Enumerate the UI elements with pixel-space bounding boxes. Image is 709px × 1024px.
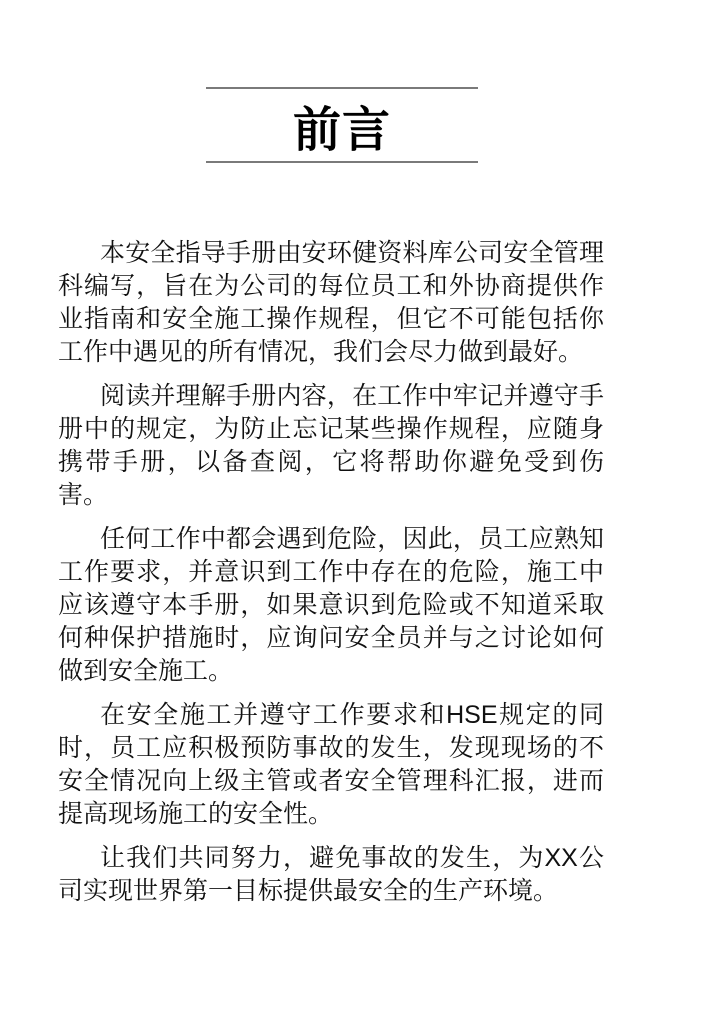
preface-paragraph: 在安全施工并遵守工作要求和HSE规定的同时，员工应积极预防事故的发生，发现现场的… — [58, 699, 604, 831]
preface-paragraph: 让我们共同努力，避免事故的发生，为XX公司实现世界第一目标提供最安全的生产环境。 — [58, 842, 604, 908]
preface-paragraph: 本安全指导手册由安环健资料库公司安全管理科编写，旨在为公司的每位员工和外协商提供… — [58, 237, 604, 369]
title-rule-bottom — [206, 161, 478, 163]
title-block: 前言 — [206, 87, 478, 163]
document-page: 前言 本安全指导手册由安环健资料库公司安全管理科编写，旨在为公司的每位员工和外协… — [0, 0, 709, 1024]
preface-paragraph: 阅读并理解手册内容，在工作中牢记并遵守手册中的规定，为防止忘记某些操作规程，应随… — [58, 380, 604, 512]
page-title: 前言 — [206, 89, 478, 161]
preface-paragraph: 任何工作中都会遇到危险，因此，员工应熟知工作要求，并意识到工作中存在的危险，施工… — [58, 523, 604, 688]
preface-body: 本安全指导手册由安环健资料库公司安全管理科编写，旨在为公司的每位员工和外协商提供… — [58, 237, 604, 908]
